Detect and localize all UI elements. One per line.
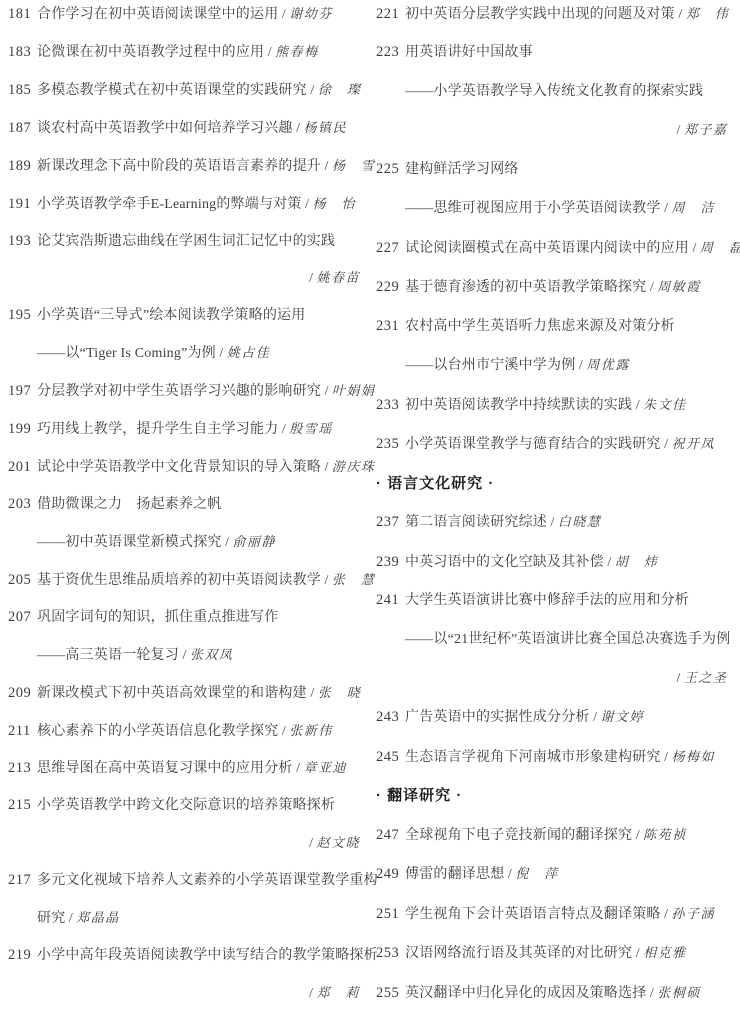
author-name: 陈苑祯: [643, 825, 687, 844]
author-name: 郑晶晶: [76, 908, 120, 927]
page-number: 217: [8, 871, 37, 890]
page-number: 199: [8, 420, 37, 439]
slash-separator: /: [321, 571, 332, 590]
slash-separator: /: [222, 533, 233, 552]
slash-separator: /: [632, 826, 643, 845]
slash-separator: /: [278, 722, 289, 741]
toc-entry: 195小学英语“三导式”绘本阅读教学策略的运用: [8, 306, 376, 325]
slash-separator: /: [65, 909, 76, 928]
slash-separator: /: [264, 43, 275, 62]
toc-author-line: / 郑子嘉: [376, 120, 740, 140]
slash-separator: /: [661, 199, 672, 218]
toc-entry: 215小学英语教学中跨文化交际意识的培养策略探析: [8, 796, 376, 815]
article-title: 核心素养下的小学英语信息化教学探究: [37, 722, 278, 741]
page-number: 211: [8, 722, 37, 741]
slash-separator: /: [321, 157, 332, 176]
page-number: 247: [376, 826, 405, 845]
toc-entry: 251学生视角下会计英语语言特点及翻译策略 / 孙子涵: [376, 904, 740, 924]
author-name: 郑 伟: [686, 4, 730, 23]
toc-entry: 255英汉翻译中归化异化的成因及策略选择 / 张桐硕: [376, 983, 740, 1003]
slash-separator: /: [179, 646, 190, 665]
page-number: 187: [8, 119, 37, 138]
slash-separator: /: [216, 344, 227, 363]
slash-separator: /: [321, 382, 332, 401]
author-name: 俞丽静: [233, 532, 277, 551]
author-name: 张桐硕: [657, 983, 701, 1002]
article-title: 论微课在初中英语教学过程中的应用: [37, 43, 264, 62]
slash-separator: /: [661, 435, 672, 454]
author-name: 相克雅: [643, 943, 687, 962]
article-title: 新课改模式下初中英语高效课堂的和谐构建: [37, 684, 307, 703]
author-name: 周敏霞: [657, 277, 701, 296]
author-name: 张 晓: [318, 683, 362, 702]
article-title: ——以“Tiger Is Coming”为例: [8, 344, 216, 363]
article-title: 基于资优生思维品质培养的初中英语阅读教学: [37, 571, 321, 590]
page-number: 189: [8, 157, 37, 176]
slash-separator: /: [646, 278, 657, 297]
page-number: 191: [8, 195, 37, 214]
author-name: 倪 萍: [515, 864, 559, 883]
article-title: 农村高中学生英语听力焦虑来源及对策分析: [405, 317, 675, 336]
slash-separator: /: [689, 239, 700, 258]
author-name: 杨梅如: [672, 747, 716, 766]
toc-entry: 189新课改理念下高中阶段的英语语言素养的提升 / 杨 雪: [8, 156, 376, 176]
toc-entry: 207巩固字词句的知识，抓住重点推进写作: [8, 608, 376, 627]
toc-entry: 225建构鲜活学习网络: [376, 160, 740, 179]
article-title: 用英语讲好中国故事: [405, 43, 533, 62]
author-name: 郑 莉: [316, 983, 360, 1002]
author-name: 杨 雪: [332, 156, 376, 175]
article-title: 巩固字词句的知识，抓住重点推进写作: [37, 608, 278, 627]
toc-entry: 249傅雷的翻译思想 / 倪 萍: [376, 864, 740, 884]
page-number: 255: [376, 984, 405, 1003]
page-number: 243: [376, 708, 405, 727]
page-number: 195: [8, 306, 37, 325]
article-title: 第二语言阅读研究综述: [405, 513, 547, 532]
author-name: 谢幼芬: [289, 4, 333, 23]
author-name: 王之圣: [684, 668, 728, 687]
author-name: 姚占佳: [227, 343, 271, 362]
author-name: 张双凤: [190, 645, 234, 664]
article-title: 小学英语教学中跨文化交际意识的培养策略探析: [37, 796, 335, 815]
toc-entry: 203借助微课之力 扬起素养之帆: [8, 495, 376, 514]
toc-entry: 245生态语言学视角下河南城市形象建构研究 / 杨梅如: [376, 747, 740, 767]
article-title: ——初中英语课堂新模式探究: [8, 533, 222, 552]
author-name: 章亚迪: [304, 758, 348, 777]
page-number: 181: [8, 5, 37, 24]
slash-separator: /: [293, 759, 304, 778]
article-title: 大学生英语演讲比赛中修辞手法的应用和分析: [405, 591, 689, 610]
toc-author-line: / 姚春苗: [8, 268, 376, 288]
article-title: ——思维可视图应用于小学英语阅读教学: [376, 199, 661, 218]
page-number: 209: [8, 684, 37, 703]
toc-author-line: / 王之圣: [376, 668, 740, 688]
slash-separator: /: [309, 269, 316, 288]
toc-entry: 229基于德育渗透的初中英语教学策略探究 / 周敏霞: [376, 277, 740, 297]
toc-author-line: / 赵文晓: [8, 833, 376, 853]
author-name: 白晓慧: [558, 512, 602, 531]
page-number: 249: [376, 865, 405, 884]
author-name: 叶娟娟: [332, 381, 376, 400]
toc-entry: 243广告英语中的实据性成分分析 / 谢文婷: [376, 707, 740, 727]
toc-entry: 237第二语言阅读研究综述 / 白晓慧: [376, 512, 740, 532]
article-title: 分层教学对初中学生英语学习兴趣的影响研究: [37, 382, 321, 401]
toc-entry: 183论微课在初中英语教学过程中的应用 / 熊春梅: [8, 42, 376, 62]
page-number: 223: [376, 43, 405, 62]
page-number: 203: [8, 495, 37, 514]
article-title: 多元文化视域下培养人文素养的小学英语课堂教学重构: [37, 871, 378, 890]
toc-author-line: / 郑 莉: [8, 983, 376, 1003]
author-name: 谢文婷: [601, 707, 645, 726]
toc-entry: 223用英语讲好中国故事: [376, 43, 740, 62]
toc-entry: 221初中英语分层教学实践中出现的问题及对策 / 郑 伟: [376, 4, 740, 24]
page-number: 239: [376, 553, 405, 572]
page-number: 207: [8, 608, 37, 627]
toc-entry: 191小学英语教学牵手E-Learning的弊端与对策 / 杨 怡: [8, 194, 376, 214]
author-name: 周 磊: [700, 238, 740, 257]
section-header: · 翻译研究 ·: [376, 786, 740, 805]
article-title: 中英习语中的文化空缺及其补偿: [405, 553, 604, 572]
section-title: · 语言文化研究 ·: [376, 474, 494, 493]
page-number: 225: [376, 160, 405, 179]
toc-entry: 233初中英语阅读教学中持续默读的实践 / 朱文佳: [376, 395, 740, 415]
toc-entry: 201试论中学英语教学中文化背景知识的导入策略 / 游庆珠: [8, 457, 376, 477]
toc-entry: 181合作学习在初中英语阅读课堂中的运用 / 谢幼芬: [8, 4, 376, 24]
toc-entry-title-continuation: 研究 / 郑晶晶: [8, 908, 376, 928]
toc-entry: 213思维导图在高中英语复习课中的应用分析 / 章亚迪: [8, 758, 376, 778]
slash-separator: /: [675, 5, 686, 24]
page-number: 193: [8, 232, 37, 251]
page-number: 231: [376, 317, 405, 336]
slash-separator: /: [278, 420, 289, 439]
author-name: 徐 璨: [318, 80, 362, 99]
slash-separator: /: [547, 513, 558, 532]
page-number: 185: [8, 81, 37, 100]
article-title: 英汉翻译中归化异化的成因及策略选择: [405, 984, 646, 1003]
slash-separator: /: [632, 396, 643, 415]
page-number: 241: [376, 591, 405, 610]
toc-entry: 185多模态教学模式在初中英语课堂的实践研究 / 徐 璨: [8, 80, 376, 100]
article-title: 研究: [8, 909, 65, 928]
slash-separator: /: [677, 121, 684, 140]
slash-separator: /: [661, 748, 672, 767]
author-name: 杨镇民: [304, 118, 348, 137]
slash-separator: /: [504, 865, 515, 884]
slash-separator: /: [646, 984, 657, 1003]
article-title: 建构鲜活学习网络: [405, 160, 519, 179]
toc-entry: 219小学中高年段英语阅读教学中读写结合的教学策略探析: [8, 946, 376, 965]
article-title: 汉语网络流行语及其英译的对比研究: [405, 944, 632, 963]
article-title: 广告英语中的实据性成分分析: [405, 708, 590, 727]
toc-entry-subtitle: ——以“21世纪杯”英语演讲比赛全国总决赛选手为例: [376, 630, 740, 649]
page-number: 251: [376, 905, 405, 924]
author-name: 赵文晓: [316, 833, 360, 852]
slash-separator: /: [661, 905, 672, 924]
article-title: ——小学英语教学导入传统文化教育的探索实践: [376, 82, 703, 101]
slash-separator: /: [307, 684, 318, 703]
author-name: 孙子涵: [672, 904, 716, 923]
article-title: 基于德育渗透的初中英语教学策略探究: [405, 278, 646, 297]
toc-entry: 241大学生英语演讲比赛中修辞手法的应用和分析: [376, 591, 740, 610]
article-title: 谈农村高中英语教学中如何培养学习兴趣: [37, 119, 293, 138]
slash-separator: /: [309, 834, 316, 853]
slash-separator: /: [604, 553, 615, 572]
toc-entry-subtitle: ——以台州市宁溪中学为例 / 周优露: [376, 355, 740, 375]
article-title: 试论中学英语教学中文化背景知识的导入策略: [37, 458, 321, 477]
section-title: · 翻译研究 ·: [376, 786, 462, 805]
article-title: 合作学习在初中英语阅读课堂中的运用: [37, 5, 278, 24]
slash-separator: /: [307, 81, 318, 100]
toc-entry: 235小学英语课堂教学与德育结合的实践研究 / 祝开凤: [376, 434, 740, 454]
author-name: 祝开凤: [672, 434, 716, 453]
article-title: 初中英语阅读教学中持续默读的实践: [405, 396, 632, 415]
slash-separator: /: [632, 944, 643, 963]
article-title: 巧用线上教学，提升学生自主学习能力: [37, 420, 278, 439]
article-title: 全球视角下电子竞技新闻的翻译探究: [405, 826, 632, 845]
author-name: 杨 怡: [312, 194, 356, 213]
page-number: 233: [376, 396, 405, 415]
slash-separator: /: [575, 356, 586, 375]
toc-entry-subtitle: ——思维可视图应用于小学英语阅读教学 / 周 洁: [376, 198, 740, 218]
page-number: 215: [8, 796, 37, 815]
article-title: 论艾宾浩斯遗忘曲线在学困生词汇记忆中的实践: [37, 232, 335, 251]
page-number: 253: [376, 944, 405, 963]
article-title: 新课改理念下高中阶段的英语语言素养的提升: [37, 157, 321, 176]
page-number: 205: [8, 571, 37, 590]
author-name: 游庆珠: [332, 457, 376, 476]
slash-separator: /: [278, 5, 289, 24]
page-number: 221: [376, 5, 405, 24]
toc-page: 181合作学习在初中英语阅读课堂中的运用 / 谢幼芬183论微课在初中英语教学过…: [0, 0, 740, 1011]
article-title: 生态语言学视角下河南城市形象建构研究: [405, 748, 661, 767]
page-number: 227: [376, 239, 405, 258]
article-title: 学生视角下会计英语语言特点及翻译策略: [405, 905, 661, 924]
slash-separator: /: [293, 119, 304, 138]
article-title: 小学英语课堂教学与德育结合的实践研究: [405, 435, 661, 454]
article-title: 小学英语“三导式”绘本阅读教学策略的运用: [37, 306, 305, 325]
slash-separator: /: [677, 669, 684, 688]
slash-separator: /: [590, 708, 601, 727]
page-number: 219: [8, 946, 37, 965]
author-name: 郑子嘉: [684, 120, 728, 139]
author-name: 周优露: [586, 355, 630, 374]
toc-column-left: 181合作学习在初中英语阅读课堂中的运用 / 谢幼芬183论微课在初中英语教学过…: [8, 4, 376, 1003]
toc-entry: 211核心素养下的小学英语信息化教学探究 / 张新伟: [8, 721, 376, 741]
author-name: 周 洁: [672, 198, 716, 217]
article-title: 傅雷的翻译思想: [405, 865, 504, 884]
page-number: 229: [376, 278, 405, 297]
toc-entry-subtitle: ——以“Tiger Is Coming”为例 / 姚占佳: [8, 343, 376, 363]
author-name: 殷雪瑶: [289, 419, 333, 438]
page-number: 197: [8, 382, 37, 401]
toc-entry-subtitle: ——初中英语课堂新模式探究 / 俞丽静: [8, 532, 376, 552]
author-name: 朱文佳: [643, 395, 687, 414]
article-title: 初中英语分层教学实践中出现的问题及对策: [405, 5, 675, 24]
toc-entry-subtitle: ——高三英语一轮复习 / 张双凤: [8, 645, 376, 665]
toc-entry: 205基于资优生思维品质培养的初中英语阅读教学 / 张 慧: [8, 570, 376, 590]
page-number: 245: [376, 748, 405, 767]
author-name: 胡 炜: [615, 552, 659, 571]
toc-entry: 193论艾宾浩斯遗忘曲线在学困生词汇记忆中的实践: [8, 232, 376, 251]
toc-entry: 187谈农村高中英语教学中如何培养学习兴趣 / 杨镇民: [8, 118, 376, 138]
toc-entry: 227试论阅读圈模式在高中英语课内阅读中的应用 / 周 磊: [376, 238, 740, 258]
toc-entry: 217多元文化视域下培养人文素养的小学英语课堂教学重构: [8, 871, 376, 890]
article-title: ——以“21世纪杯”英语演讲比赛全国总决赛选手为例: [376, 630, 730, 649]
toc-column-right: 221初中英语分层教学实践中出现的问题及对策 / 郑 伟223用英语讲好中国故事…: [376, 4, 740, 1003]
page-number: 235: [376, 435, 405, 454]
page-number: 201: [8, 458, 37, 477]
article-title: ——以台州市宁溪中学为例: [376, 356, 575, 375]
toc-entry: 239中英习语中的文化空缺及其补偿 / 胡 炜: [376, 552, 740, 572]
article-title: 借助微课之力 扬起素养之帆: [37, 495, 222, 514]
slash-separator: /: [309, 984, 316, 1003]
article-title: 试论阅读圈模式在高中英语课内阅读中的应用: [405, 239, 689, 258]
page-number: 183: [8, 43, 37, 62]
author-name: 张 慧: [332, 570, 376, 589]
author-name: 熊春梅: [275, 42, 319, 61]
article-title: 多模态教学模式在初中英语课堂的实践研究: [37, 81, 307, 100]
toc-entry-subtitle: ——小学英语教学导入传统文化教育的探索实践: [376, 82, 740, 101]
article-title: 思维导图在高中英语复习课中的应用分析: [37, 759, 293, 778]
toc-entry: 231农村高中学生英语听力焦虑来源及对策分析: [376, 317, 740, 336]
page-number: 237: [376, 513, 405, 532]
slash-separator: /: [302, 195, 313, 214]
toc-entry: 253汉语网络流行语及其英译的对比研究 / 相克雅: [376, 943, 740, 963]
toc-entry: 197分层教学对初中学生英语学习兴趣的影响研究 / 叶娟娟: [8, 381, 376, 401]
article-title: ——高三英语一轮复习: [8, 646, 179, 665]
author-name: 张新伟: [289, 721, 333, 740]
author-name: 姚春苗: [316, 268, 360, 287]
toc-entry: 199巧用线上教学，提升学生自主学习能力 / 殷雪瑶: [8, 419, 376, 439]
slash-separator: /: [321, 458, 332, 477]
toc-entry: 209新课改模式下初中英语高效课堂的和谐构建 / 张 晓: [8, 683, 376, 703]
article-title: 小学中高年段英语阅读教学中读写结合的教学策略探析: [37, 946, 378, 965]
article-title: 小学英语教学牵手E-Learning的弊端与对策: [37, 195, 302, 214]
page-number: 213: [8, 759, 37, 778]
toc-entry: 247全球视角下电子竞技新闻的翻译探究 / 陈苑祯: [376, 825, 740, 845]
section-header: · 语言文化研究 ·: [376, 474, 740, 493]
